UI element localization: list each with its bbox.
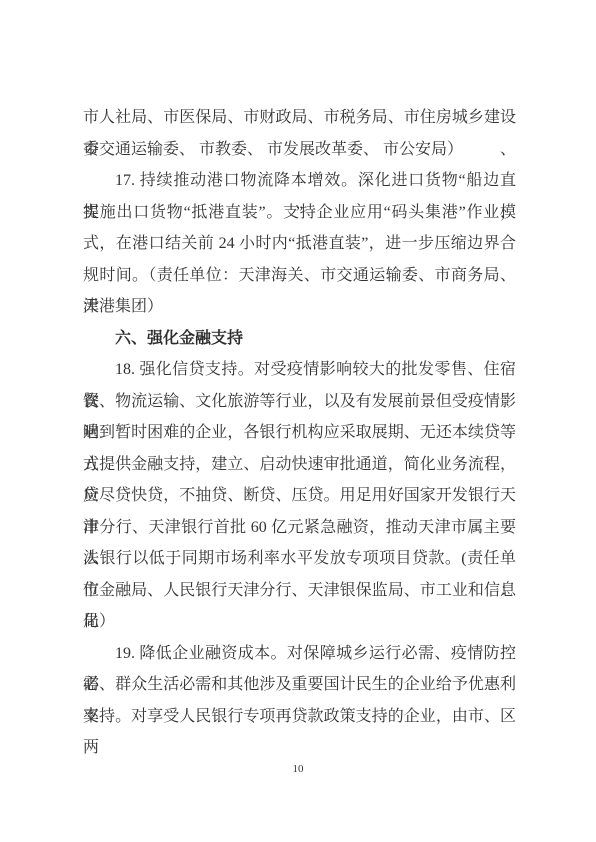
text-line: 津港集团）	[83, 291, 516, 323]
document-page: 市人社局、市医保局、市财政局、市税务局、市住房城乡建设委、市交通运输委、 市教委…	[0, 0, 596, 842]
text-line: 式，在港口结关前 24 小时内“抵港直装”，进一步压缩边界合	[83, 228, 516, 260]
text-line: 遇到暂时困难的企业，各银行机构应采取展期、无还本续贷等方	[83, 417, 516, 449]
document-body: 市人社局、市医保局、市财政局、市税务局、市住房城乡建设委、市交通运输委、 市教委…	[83, 102, 516, 732]
text-line: 贷尽贷快贷，不抽贷、断贷、压贷。用足用好国家开发银行天津	[83, 480, 516, 512]
text-line: 局）	[83, 606, 516, 638]
text-line: 19. 降低企业融资成本。对保障城乡运行必需、疫情防控必	[83, 638, 516, 670]
text-line: 市分行、天津银行首批 60 亿元紧急融资，推动天津市属主要法	[83, 512, 516, 544]
text-line: 17. 持续推动港口物流降本增效。深化进口货物“船边直提”，	[83, 165, 516, 197]
text-line: 实施出口货物“抵港直装”。支持企业应用“码头集港”作业模	[83, 197, 516, 229]
text-line: 式提供金融支持，建立、启动快速审批通道，简化业务流程，应	[83, 449, 516, 481]
text-line: 市交通运输委、 市教委、 市发展改革委、 市公安局）	[83, 134, 516, 166]
text-line: 饮、物流运输、文化旅游等行业，以及有发展前景但受疫情影响	[83, 386, 516, 418]
text-line: 18. 强化信贷支持。对受疫情影响较大的批发零售、住宿餐	[83, 354, 516, 386]
text-line: 支持。对享受人民银行专项再贷款政策支持的企业，由市、区两	[83, 701, 516, 733]
text-line: 市金融局、人民银行天津分行、天津银保监局、市工业和信息化	[83, 575, 516, 607]
text-line: 规时间。（责任单位：天津海关、市交通运输委、市商务局、天	[83, 260, 516, 292]
text-line: 需、群众生活必需和其他涉及重要国计民生的企业给予优惠利率	[83, 669, 516, 701]
text-line: 市人社局、市医保局、市财政局、市税务局、市住房城乡建设委、	[83, 102, 516, 134]
text-line: 人银行以低于同期市场利率水平发放专项项目贷款。(责任单位：	[83, 543, 516, 575]
page-number: 10	[0, 763, 596, 775]
section-heading: 六、强化金融支持	[83, 323, 516, 355]
